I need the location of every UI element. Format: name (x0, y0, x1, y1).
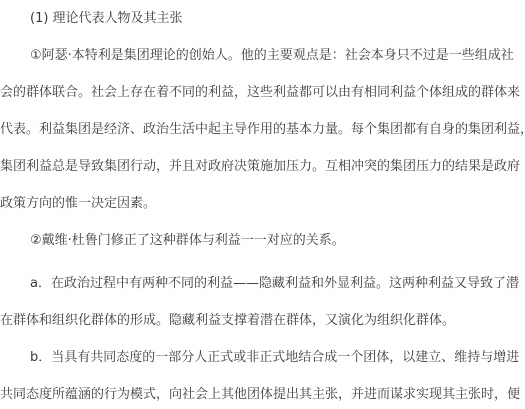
text-line: 集团利益总是导致集团行动，并且对政府决策施加压力。互相冲突的集团压力的结果是政府 (0, 148, 525, 185)
text-line: 代表。利益集团是经济、政治生活中起主导作用的基本力量。每个集团都有自身的集团利益… (0, 111, 525, 148)
text-line: 共同态度所蕴涵的行为模式，向社会上其他团体提出其主张，并进而谋求实现其主张时，便 (0, 376, 525, 409)
text-line: 政策方向的惟一决定因素。 (0, 185, 525, 222)
section-heading: (1) 理论代表人物及其主张 (0, 0, 525, 37)
text-line: 会的群体联合。社会上存在着不同的利益，这些利益都可以由有相同利益个体组成的群体来 (0, 74, 525, 111)
text-line: b．当具有共同态度的一部分人正式或非正式地结合成一个团体，以建立、维持与增进 (0, 339, 525, 376)
document-page: (1) 理论代表人物及其主张 ①阿瑟·本特利是集团理论的创始人。他的主要观点是：… (0, 0, 525, 409)
text-line: 在群体和组织化群体的形成。隐藏利益支撑着潜在群体，又演化为组织化群体。 (0, 302, 525, 339)
text-line: a．在政治过程中有两种不同的利益——隐藏利益和外显利益。这两种利益又导致了潜 (0, 265, 525, 302)
text-line: ①阿瑟·本特利是集团理论的创始人。他的主要观点是：社会本身只不过是一些组成社 (0, 37, 525, 74)
text-line: ②戴维·杜鲁门修正了这种群体与利益一一对应的关系。 (0, 222, 525, 259)
